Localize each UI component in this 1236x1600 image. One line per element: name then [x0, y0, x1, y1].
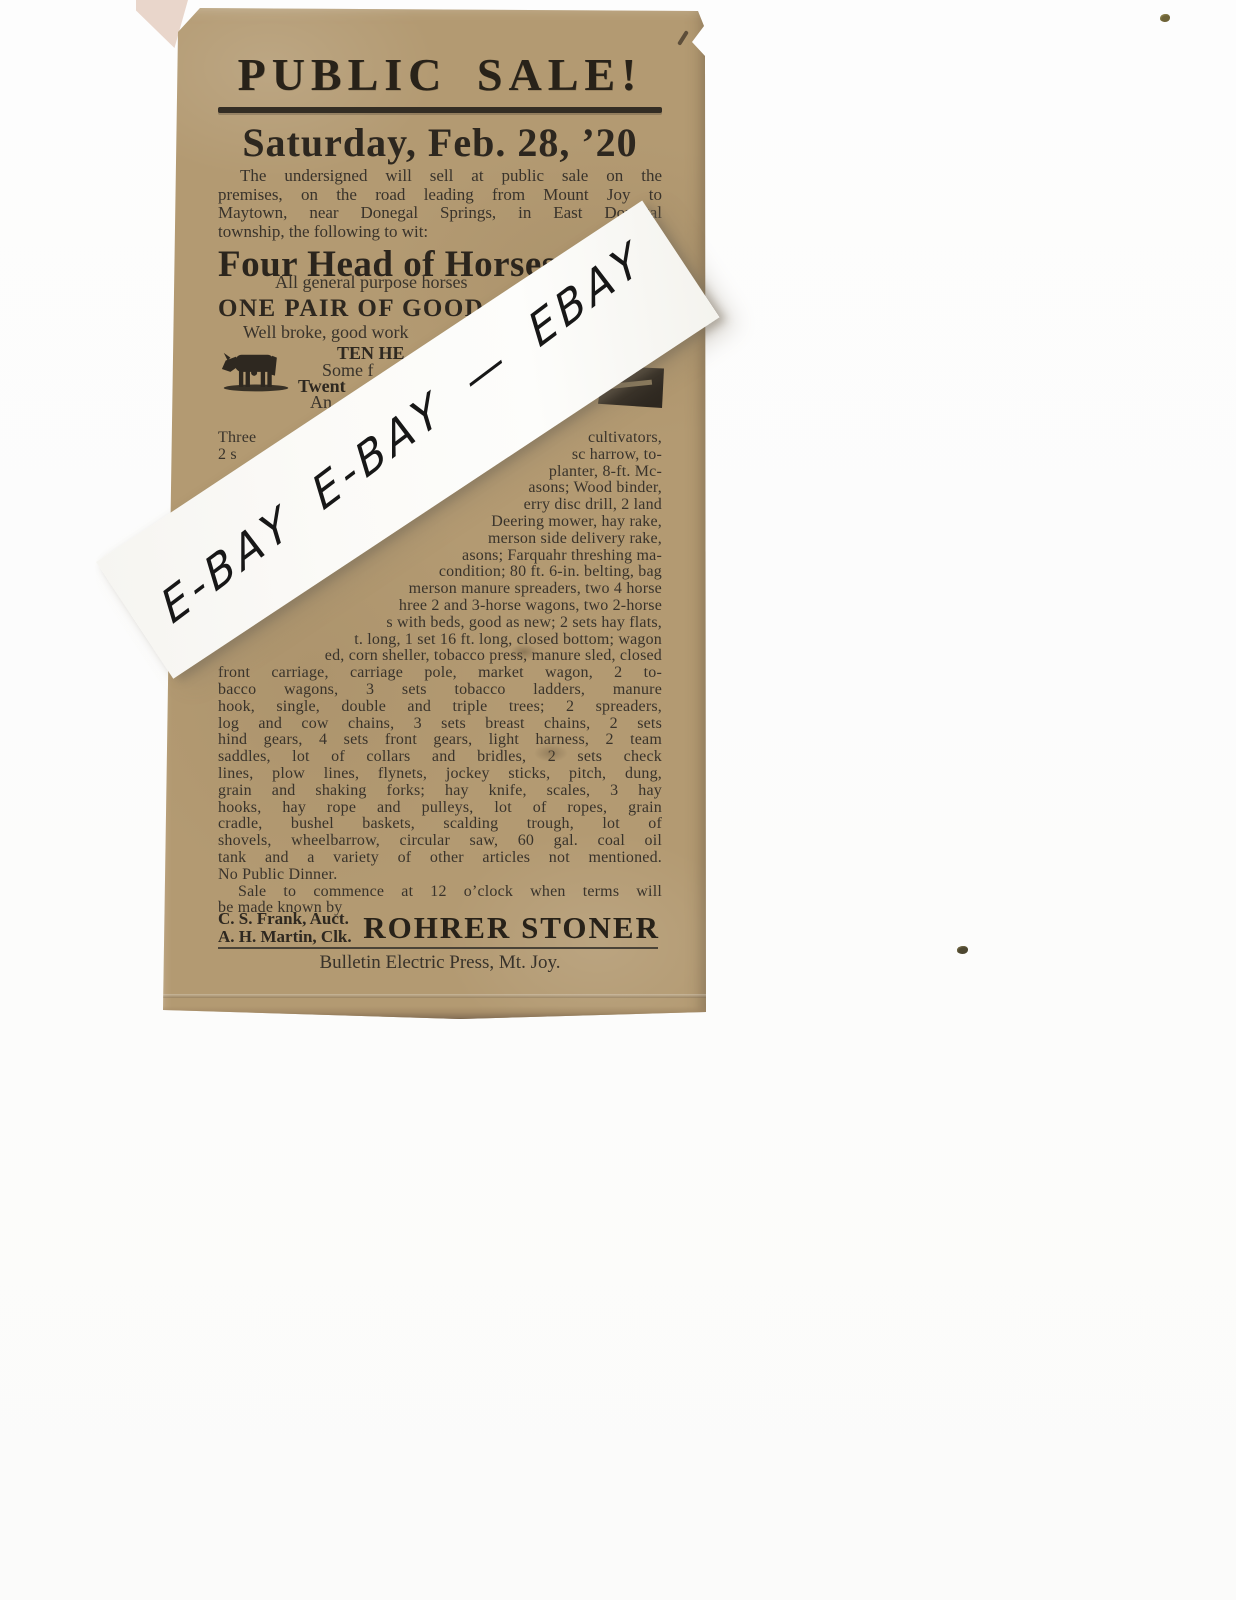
- body-line: Sale to commence at 12 o’clock when term…: [218, 884, 662, 901]
- body-line-left-fragment: 2 s: [218, 447, 237, 464]
- body-line: hook, single, double and triple trees; 2…: [218, 699, 662, 716]
- body-line: tank and a variety of other articles not…: [218, 850, 662, 867]
- title-rule: [218, 107, 662, 113]
- seller-name: ROHRER STONER: [363, 910, 660, 946]
- body-line: cradle, bushel baskets, scalding trough,…: [218, 816, 662, 833]
- body-line-right-fragment: condition; 80 ft. 6-in. belting, bag: [439, 564, 662, 581]
- cow-icon: [220, 346, 292, 392]
- body-line: ed, corn sheller, tobacco press, manure …: [218, 648, 662, 665]
- clerk-name: A. H. Martin, Clk.: [218, 927, 352, 947]
- body-line-right-fragment: hree 2 and 3-horse wagons, two 2-horse: [399, 598, 662, 615]
- body-line-right-fragment: Deering mower, hay rake,: [491, 514, 662, 531]
- body-line-right-fragment: t. long, 1 set 16 ft. long, closed botto…: [354, 632, 662, 649]
- flyer-bottom-edge: [160, 1006, 706, 1024]
- body-line: log and cow chains, 3 sets breast chains…: [218, 716, 662, 733]
- body-line: No Public Dinner.: [218, 867, 662, 884]
- body-line-right-fragment: planter, 8-ft. Mc-: [549, 464, 662, 481]
- body-line-right-fragment: asons; Wood binder,: [528, 480, 662, 497]
- printer-line: Bulletin Electric Press, Mt. Joy.: [218, 952, 662, 974]
- body-line: grain and shaking forks; hay knife, scal…: [218, 783, 662, 800]
- body-line-right-fragment: s with beds, good as new; 2 sets hay fla…: [386, 615, 662, 632]
- body-line: shovels, wheelbarrow, circular saw, 60 g…: [218, 833, 662, 850]
- background-speck: [1160, 14, 1170, 22]
- background-speck: [957, 946, 968, 954]
- body-line-left-fragment: Three: [218, 430, 256, 447]
- body-line: saddles, lot of collars and bridles, 2 s…: [218, 749, 662, 766]
- body-line: bacco wagons, 3 sets tobacco ladders, ma…: [218, 682, 662, 699]
- body-line: s with beds, good as new; 2 sets hay fla…: [218, 615, 662, 632]
- paper-stain: [534, 744, 568, 762]
- horses-subline: All general purpose horses: [275, 272, 467, 293]
- intro-line: The undersigned will sell at public sale…: [218, 167, 662, 186]
- body-line-right-fragment: cultivators,: [588, 430, 662, 447]
- paper-tear: [677, 30, 689, 46]
- body-line-right-fragment: asons; Farquahr threshing ma-: [462, 548, 662, 565]
- body-line: hind gears, 4 sets front gears, light ha…: [218, 732, 662, 749]
- auctioneer-name: C. S. Frank, Auct.: [218, 909, 349, 929]
- body-line-right-fragment: ed, corn sheller, tobacco press, manure …: [325, 648, 662, 665]
- flyer-title: PUBLIC SALE!: [218, 48, 662, 101]
- body-line-right-fragment: erry disc drill, 2 land: [524, 497, 662, 514]
- closing-rule: [218, 947, 658, 949]
- body-line: hooks, hay rope and pulleys, lot of rope…: [218, 800, 662, 817]
- body-line: front carriage, carriage pole, market wa…: [218, 665, 662, 682]
- intro-line: premises, on the road leading from Mount…: [218, 186, 662, 205]
- body-line: t. long, 1 set 16 ft. long, closed botto…: [218, 632, 662, 649]
- body-line-right-fragment: merson side delivery rake,: [488, 531, 662, 548]
- paper-crease: [160, 994, 706, 998]
- body-line-right-fragment: merson manure spreaders, two 4 horse: [409, 581, 662, 598]
- intro-line: Maytown, near Donegal Springs, in East D…: [218, 204, 662, 223]
- flyer-date: Saturday, Feb. 28, ’20: [218, 119, 662, 166]
- scan-background: PUBLIC SALE! Saturday, Feb. 28, ’20 The …: [0, 0, 1236, 1600]
- paper-stain: [510, 644, 538, 660]
- body-line-right-fragment: sc harrow, to-: [572, 447, 662, 464]
- closing-section: C. S. Frank, Auct. A. H. Martin, Clk. RO…: [218, 909, 662, 947]
- body-line: lines, plow lines, flynets, jockey stick…: [218, 766, 662, 783]
